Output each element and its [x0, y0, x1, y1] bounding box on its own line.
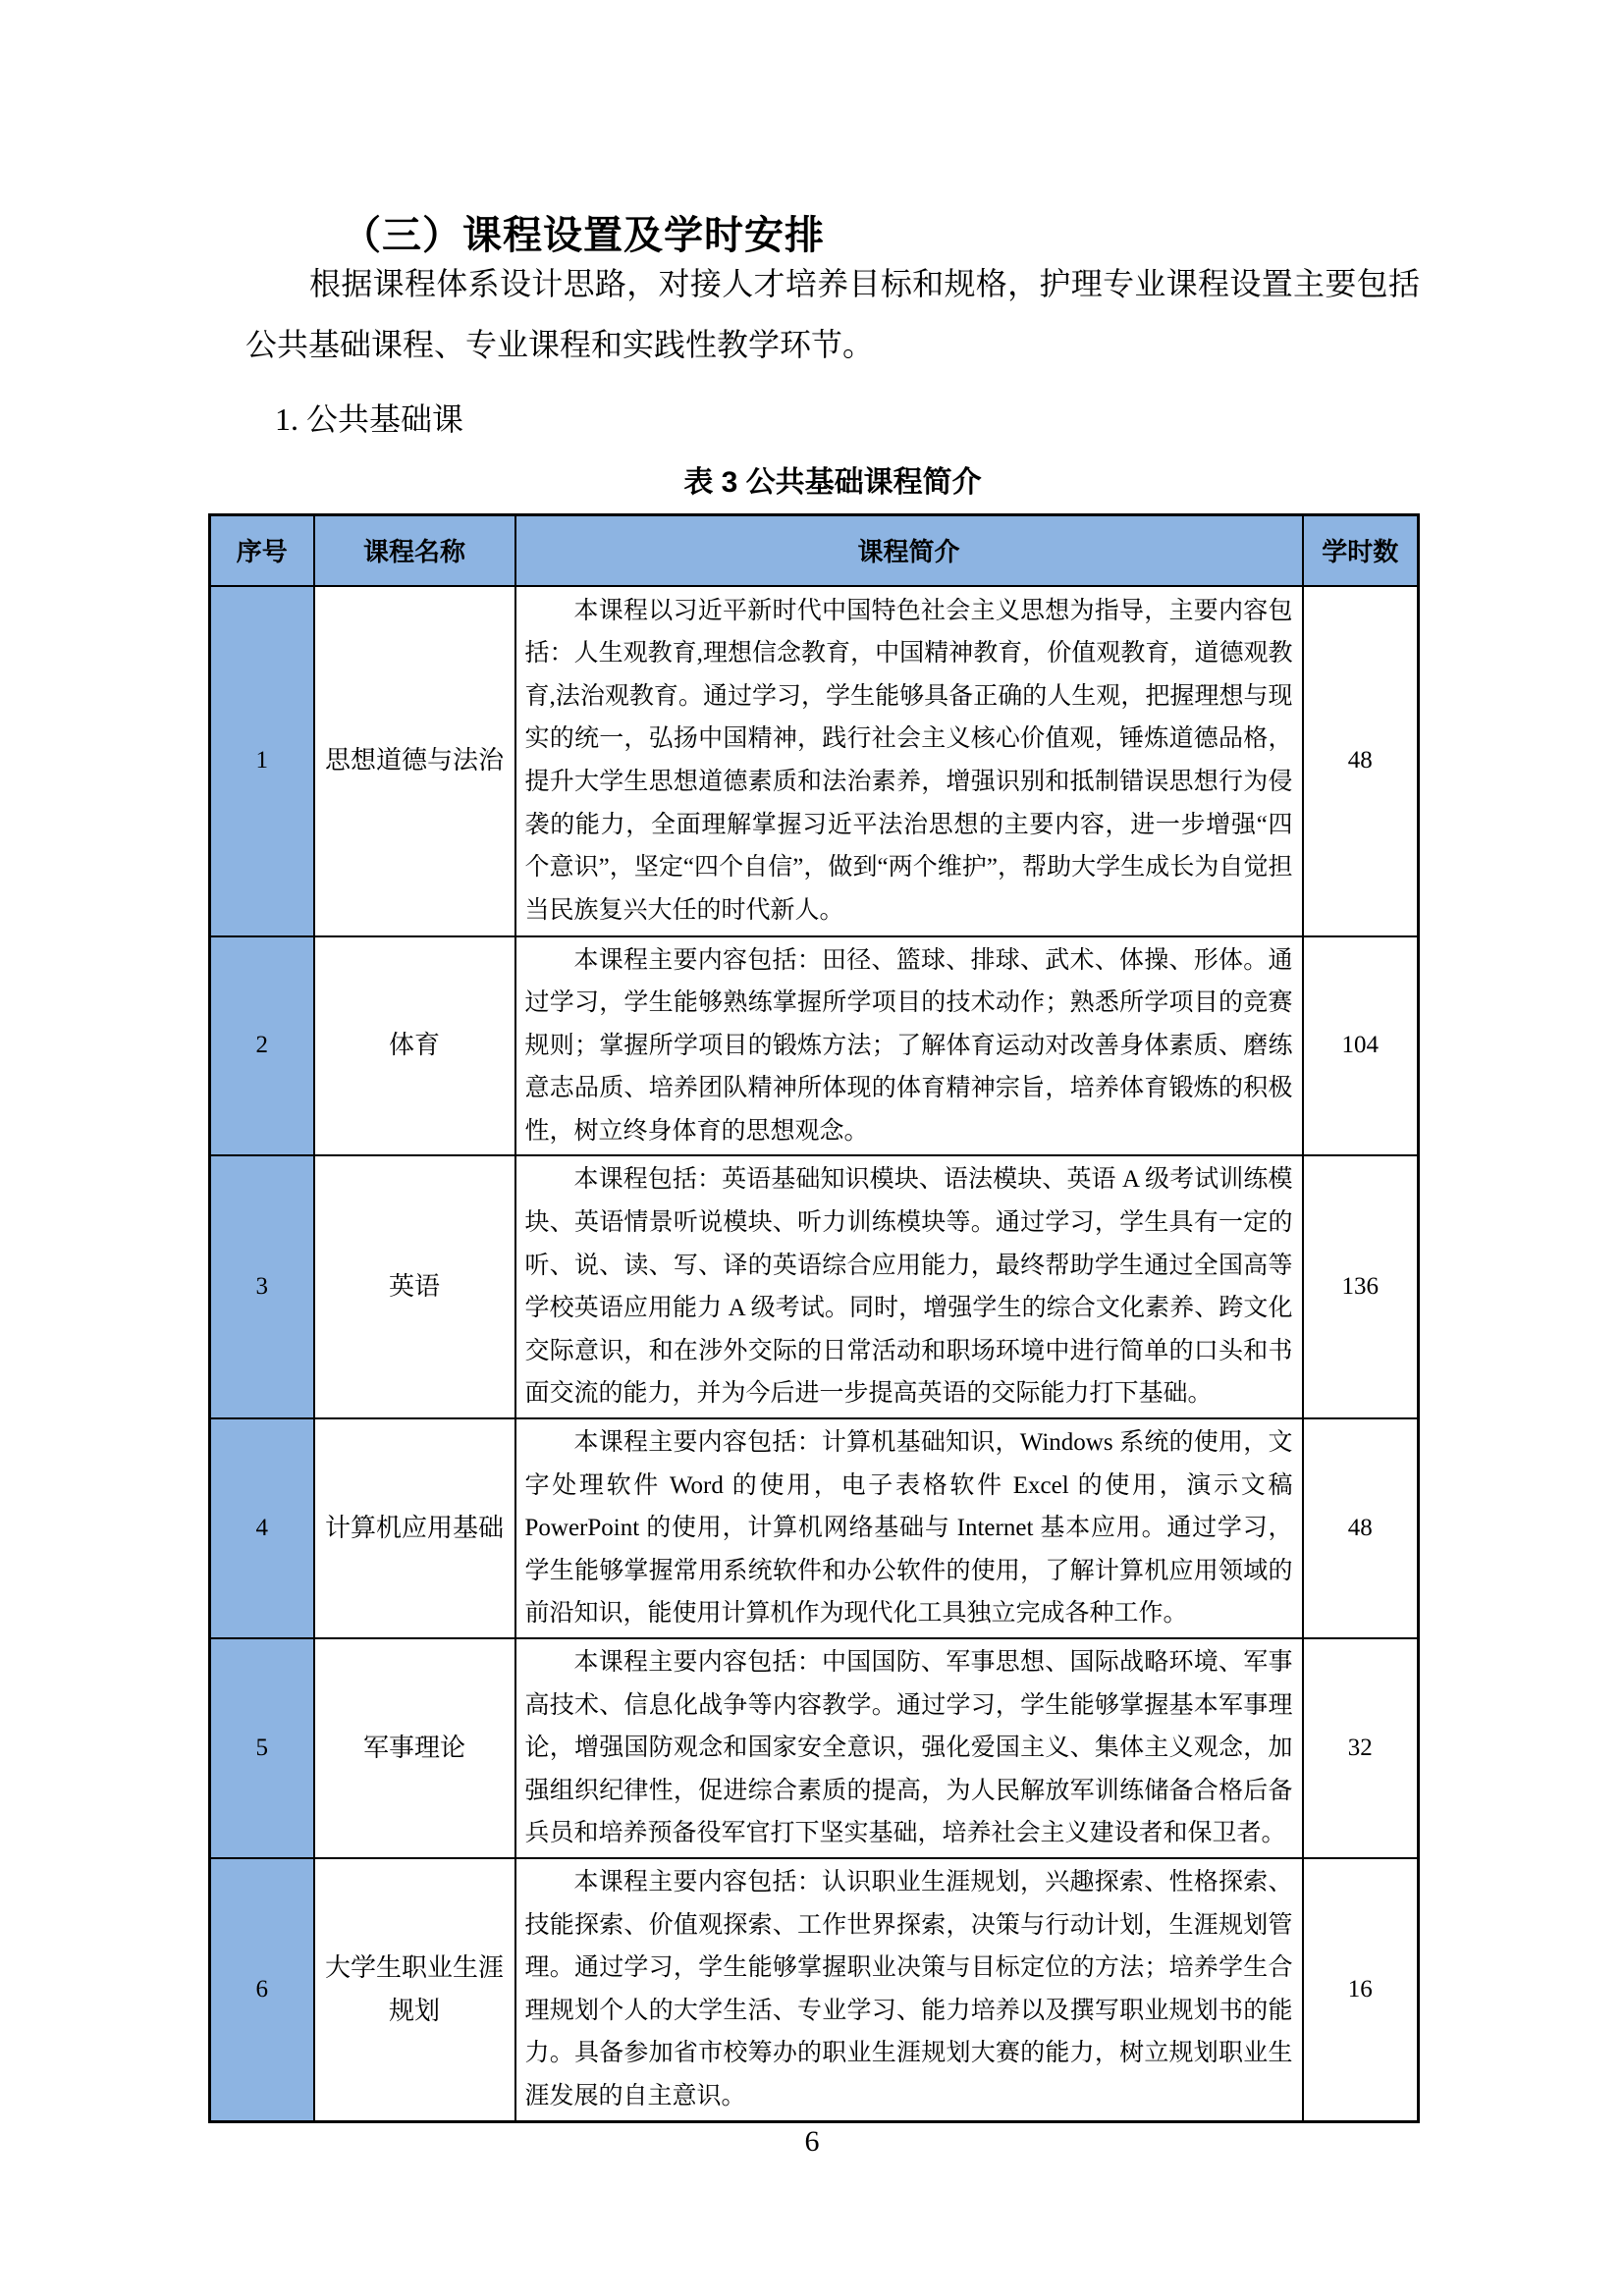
row-number-cell: 6	[210, 1858, 314, 2121]
column-header-desc: 课程简介	[515, 515, 1303, 586]
course-hours-cell: 16	[1303, 1858, 1419, 2121]
row-number-cell: 3	[210, 1155, 314, 1418]
row-number-cell: 5	[210, 1638, 314, 1858]
table-header-row: 序号 课程名称 课程简介 学时数	[210, 515, 1419, 586]
page-number: 6	[0, 2125, 1624, 2159]
course-hours-cell: 136	[1303, 1155, 1419, 1418]
table-row: 3 英语 本课程包括：英语基础知识模块、语法模块、英语 A 级考试训练模块、英语…	[210, 1155, 1419, 1418]
table-row: 1 思想道德与法治 本课程以习近平新时代中国特色社会主义思想为指导，主要内容包括…	[210, 586, 1419, 936]
course-hours-cell: 32	[1303, 1638, 1419, 1858]
subsection-heading: 1. 公共基础课	[275, 395, 463, 440]
course-desc-cell: 本课程主要内容包括：田径、篮球、排球、武术、体操、形体。通过学习，学生能够熟练掌…	[515, 936, 1303, 1156]
course-hours-cell: 48	[1303, 586, 1419, 936]
document-page: （三）课程设置及学时安排 根据课程体系设计思路，对接人才培养目标和规格，护理专业…	[0, 0, 1624, 2296]
course-desc-cell: 本课程主要内容包括：认识职业生涯规划，兴趣探索、性格探索、技能探索、价值观探索、…	[515, 1858, 1303, 2121]
column-header-hours: 学时数	[1303, 515, 1419, 586]
course-hours-cell: 48	[1303, 1418, 1419, 1638]
row-number-cell: 4	[210, 1418, 314, 1638]
course-name-cell: 思想道德与法治	[314, 586, 515, 936]
course-desc-cell: 本课程主要内容包括：计算机基础知识，Windows 系统的使用，文字处理软件 W…	[515, 1418, 1303, 1638]
column-header-name: 课程名称	[314, 515, 515, 586]
course-name-cell: 体育	[314, 936, 515, 1156]
course-name-cell: 英语	[314, 1155, 515, 1418]
course-desc-cell: 本课程以习近平新时代中国特色社会主义思想为指导，主要内容包括：人生观教育,理想信…	[515, 586, 1303, 936]
section-heading: （三）课程设置及学时安排	[342, 204, 825, 260]
course-desc-cell: 本课程主要内容包括：中国国防、军事思想、国际战略环境、军事高技术、信息化战争等内…	[515, 1638, 1303, 1858]
table-row: 6 大学生职业生涯规划 本课程主要内容包括：认识职业生涯规划，兴趣探索、性格探索…	[210, 1858, 1419, 2121]
course-table: 序号 课程名称 课程简介 学时数 1 思想道德与法治 本课程以习近平新时代中国特…	[208, 513, 1420, 2123]
course-desc-cell: 本课程包括：英语基础知识模块、语法模块、英语 A 级考试训练模块、英语情景听说模…	[515, 1155, 1303, 1418]
course-name-cell: 军事理论	[314, 1638, 515, 1858]
row-number-cell: 1	[210, 586, 314, 936]
column-header-no: 序号	[210, 515, 314, 586]
intro-paragraph: 根据课程体系设计思路，对接人才培养目标和规格，护理专业课程设置主要包括公共基础课…	[245, 253, 1420, 375]
course-hours-cell: 104	[1303, 936, 1419, 1156]
table-row: 5 军事理论 本课程主要内容包括：中国国防、军事思想、国际战略环境、军事高技术、…	[210, 1638, 1419, 1858]
row-number-cell: 2	[210, 936, 314, 1156]
table-row: 4 计算机应用基础 本课程主要内容包括：计算机基础知识，Windows 系统的使…	[210, 1418, 1419, 1638]
table-caption: 表 3 公共基础课程简介	[245, 457, 1420, 501]
table-row: 2 体育 本课程主要内容包括：田径、篮球、排球、武术、体操、形体。通过学习，学生…	[210, 936, 1419, 1156]
course-name-cell: 大学生职业生涯规划	[314, 1858, 515, 2121]
course-name-cell: 计算机应用基础	[314, 1418, 515, 1638]
